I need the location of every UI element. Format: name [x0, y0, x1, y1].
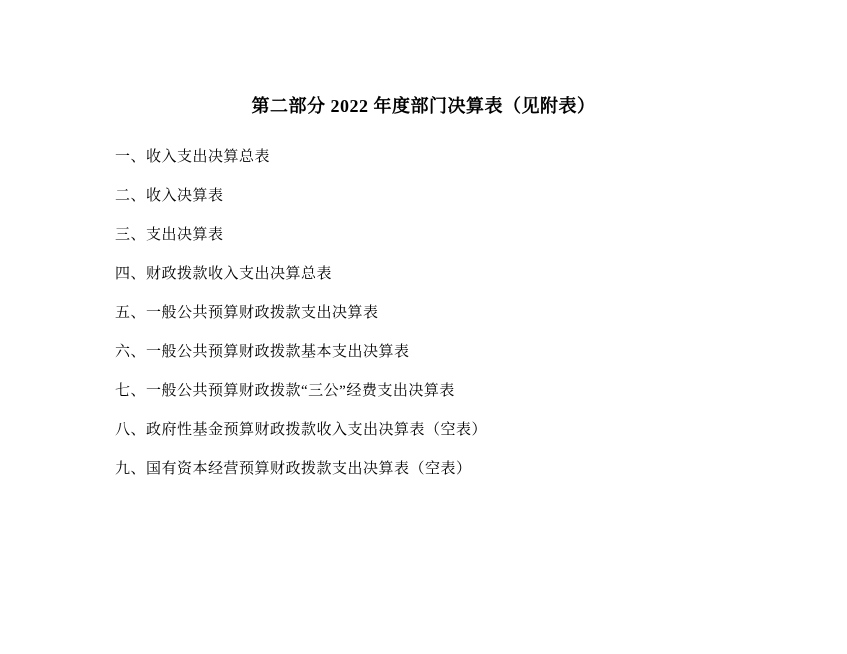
- list-item: 二、收入决算表: [115, 189, 787, 204]
- list-item: 九、国有资本经营预算财政拨款支出决算表（空表）: [115, 462, 787, 477]
- table-of-contents-list: 一、收入支出决算总表 二、收入决算表 三、支出决算表 四、财政拨款收入支出决算总…: [115, 150, 787, 477]
- document-page: 第二部分 2022 年度部门决算表（见附表） 一、收入支出决算总表 二、收入决算…: [0, 0, 847, 654]
- page-title: 第二部分 2022 年度部门决算表（见附表）: [0, 0, 847, 118]
- list-item: 三、支出决算表: [115, 228, 787, 243]
- list-item: 七、一般公共预算财政拨款“三公”经费支出决算表: [115, 384, 787, 399]
- list-item: 八、政府性基金预算财政拨款收入支出决算表（空表）: [115, 423, 787, 438]
- list-item: 四、财政拨款收入支出决算总表: [115, 267, 787, 282]
- list-item: 六、一般公共预算财政拨款基本支出决算表: [115, 345, 787, 360]
- list-item: 一、收入支出决算总表: [115, 150, 787, 165]
- list-item: 五、一般公共预算财政拨款支出决算表: [115, 306, 787, 321]
